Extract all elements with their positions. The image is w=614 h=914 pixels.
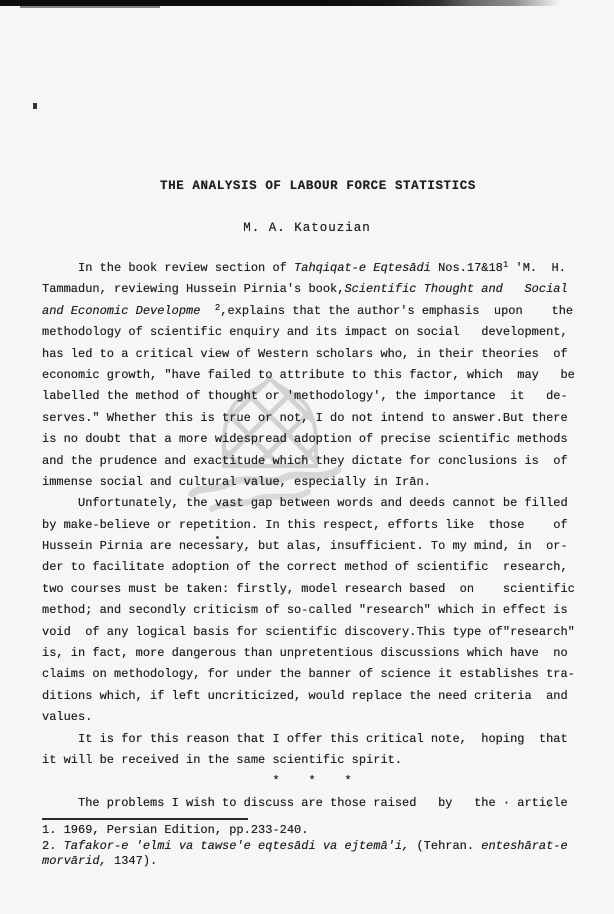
footnote-rule — [42, 818, 248, 820]
footnote-line: 2. Tafakor-e 'elmi va tawse'e eqtesādi v… — [42, 839, 602, 855]
footnotes-section: 1. 1969, Persian Edition, pp.233-240.2. … — [42, 818, 602, 870]
footnote-line: 1. 1969, Persian Edition, pp.233-240. — [42, 823, 602, 839]
body-line: and Economic Developme 2,explains that t… — [42, 301, 602, 322]
body-line: void of any logical basis for scientific… — [42, 622, 602, 643]
body-line: ditions which, if left uncriticized, wou… — [42, 686, 602, 707]
body-line: The problems I wish to discuss are those… — [42, 793, 602, 814]
body-line: and the prudence and exactitude which th… — [42, 451, 602, 472]
body-line: it will be received in the same scientif… — [42, 750, 602, 771]
page-title: THE ANALYSIS OF LABOUR FORCE STATISTICS — [0, 179, 614, 193]
body-line: economic growth, "have failed to attribu… — [42, 365, 602, 386]
body-line: values. — [42, 707, 602, 728]
body-line: Hussein Pirnia are necessary, but alas, … — [42, 536, 602, 557]
stars-separator: * * * — [42, 771, 602, 792]
ink-speck — [33, 103, 37, 109]
body-line: methodology of scientific enquiry and it… — [42, 322, 602, 343]
body-line: Unfortunately, the vast gap between word… — [42, 493, 602, 514]
body-line: Tammadun, reviewing Hussein Pirnia's boo… — [42, 279, 602, 300]
body-line: is, in fact, more dangerous than unprete… — [42, 643, 602, 664]
article-body: In the book review section of Tahqiqat-e… — [42, 258, 602, 814]
footnote-lines: 1. 1969, Persian Edition, pp.233-240.2. … — [42, 823, 602, 870]
body-line: claims on methodology, for under the ban… — [42, 664, 602, 685]
body-line: two courses must be taken: firstly, mode… — [42, 579, 602, 600]
body-line: method; and secondly criticism of so-cal… — [42, 600, 602, 621]
body-line: serves." Whether this is true or not, I … — [42, 408, 602, 429]
body-line: In the book review section of Tahqiqat-e… — [42, 258, 602, 279]
body-line: der to facilitate adoption of the correc… — [42, 557, 602, 578]
author-name: M. A. Katouzian — [0, 221, 614, 235]
body-line: has led to a critical view of Western sc… — [42, 344, 602, 365]
scanned-page: THE ANALYSIS OF LABOUR FORCE STATISTICS … — [0, 0, 614, 914]
body-line: It is for this reason that I offer this … — [42, 729, 602, 750]
scan-edge-artifact — [20, 6, 160, 8]
body-line: immense social and cultural value, espec… — [42, 472, 602, 493]
body-line: by make-believe or repetition. In this r… — [42, 515, 602, 536]
body-line: is no doubt that a more widespread adopt… — [42, 429, 602, 450]
footnote-line: morvārid, 1347). — [42, 854, 602, 870]
body-line: labelled the method of thought or 'metho… — [42, 386, 602, 407]
